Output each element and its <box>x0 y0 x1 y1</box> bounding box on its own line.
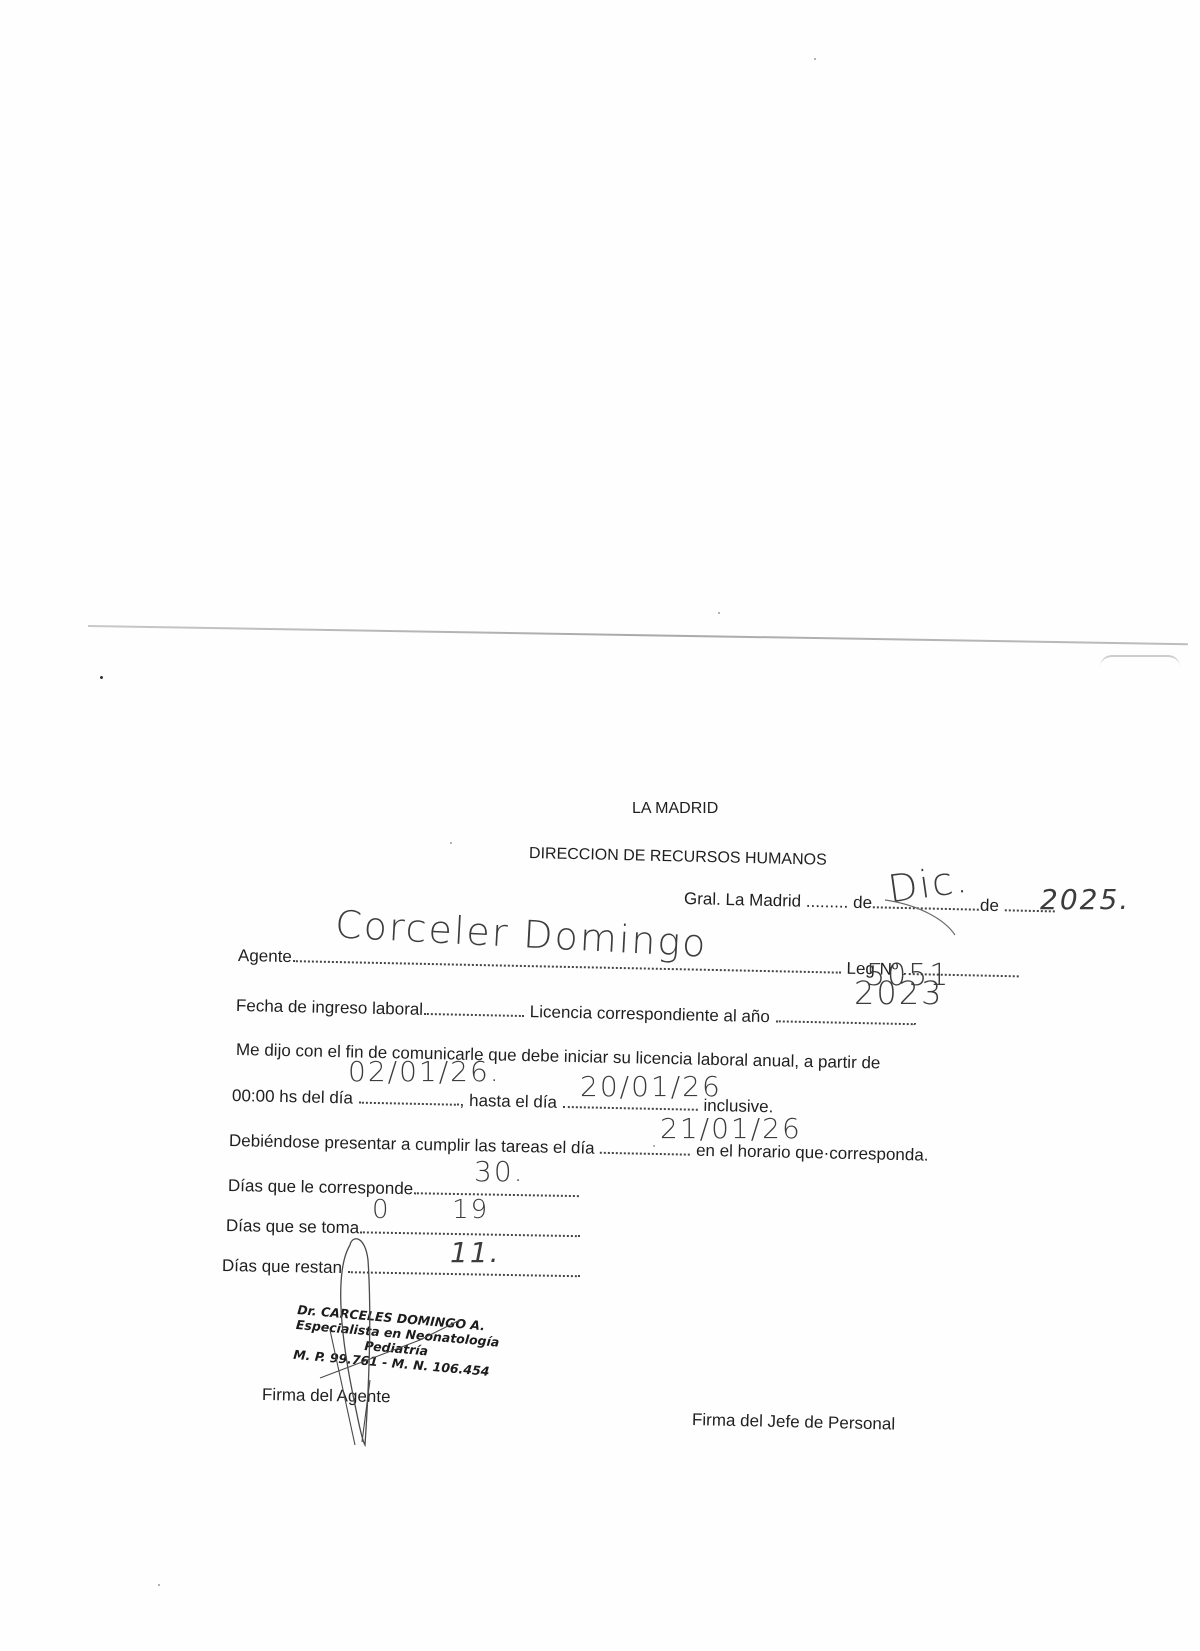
department-title: DIRECCION DE RECURSOS HUMANOS <box>529 845 827 870</box>
ingreso-label: Fecha de ingreso laboral <box>236 996 423 1019</box>
agent-label: Agente <box>238 946 292 966</box>
handwritten-days-toma: 0 19 <box>372 1195 489 1225</box>
handwritten-days-restan: 11. <box>450 1236 501 1269</box>
scan-speck <box>814 58 816 60</box>
ingreso-date-field[interactable] <box>424 999 524 1017</box>
de-label-2: de <box>980 896 999 915</box>
agent-signature-label: Firma del Agente <box>262 1385 391 1407</box>
until-label: , hasta el día <box>459 1091 557 1112</box>
doctor-stamp: Dr. CARCELES DOMINGO A. Especialista en … <box>293 1302 501 1380</box>
days-label: Días que restan <box>222 1256 342 1277</box>
ingreso-line: Fecha de ingreso laboral Licencia corres… <box>236 995 917 1030</box>
chief-signature-label: Firma del Jefe de Personal <box>692 1410 896 1435</box>
agent-signature-strokes <box>0 0 1200 1651</box>
handwritten-licencia-year: 2023 <box>854 974 943 1012</box>
place-date-line: Gral. La Madrid ......... dede <box>684 888 1056 917</box>
scanned-page: LA MADRID DIRECCION DE RECURSOS HUMANOS … <box>0 0 1200 1651</box>
scan-speck <box>100 676 103 679</box>
handwritten-days-corresponde: 30. <box>474 1155 525 1188</box>
day-field[interactable]: ......... <box>806 892 849 912</box>
end-date-field[interactable] <box>563 1092 698 1111</box>
org-name: LA MADRID <box>632 800 718 818</box>
place-label: Gral. La Madrid <box>684 889 802 911</box>
start-date-field[interactable] <box>359 1088 459 1106</box>
schedule-label: en el horario que·corresponda. <box>696 1141 929 1165</box>
paper-fold-line <box>88 625 1188 645</box>
handwritten-year: 2025. <box>1040 883 1130 916</box>
scan-speck <box>718 612 720 614</box>
paper-fold-edge <box>1100 655 1180 667</box>
days-row-restan: Días que restan <box>222 1255 581 1282</box>
return-date-field[interactable] <box>600 1138 690 1156</box>
licencia-label: Licencia correspondiente al año <box>530 1002 770 1026</box>
paragraph-line-1: Me dijo con el fin de comunicarle que de… <box>236 1040 881 1073</box>
de-label-1: de <box>853 893 872 912</box>
paragraph-line-3: Debiéndose presentar a cumplir las tarea… <box>229 1130 929 1166</box>
start-time-label: 00:00 hs del día <box>232 1086 353 1108</box>
return-label: Debiéndose presentar a cumplir las tarea… <box>229 1131 595 1158</box>
scan-speck <box>158 1584 160 1586</box>
days-label: Días que se toma <box>226 1216 360 1237</box>
scan-speck <box>450 842 452 844</box>
handwritten-start-date: 02/01/26. <box>348 1055 501 1088</box>
